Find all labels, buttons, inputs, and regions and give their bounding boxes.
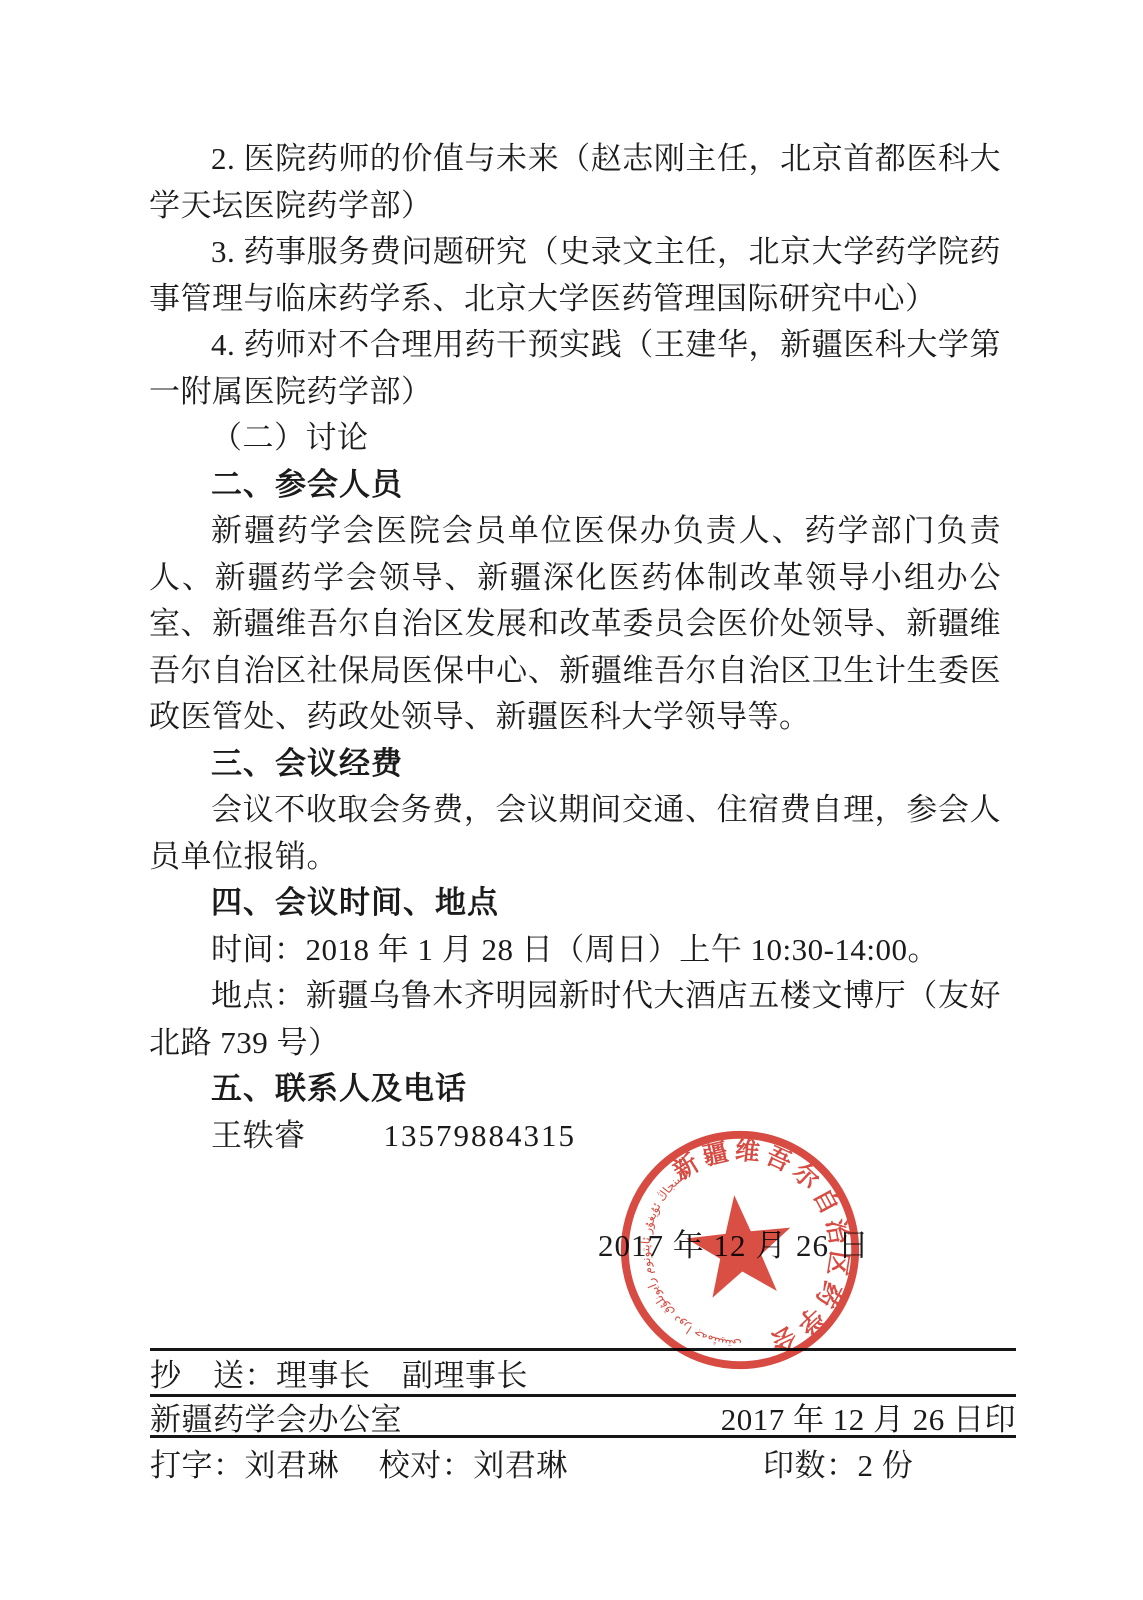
scanned-notice-page: 2. 医院药师的价值与未来（赵志刚主任，北京首都医科大学天坛医院药学部） 3. …	[0, 0, 1143, 1600]
cc-line: 抄 送：理事长 副理事长	[150, 1350, 528, 1395]
fees-paragraph: 会议不收取会务费，会议期间交通、住宿费自理，参会人员单位报销。	[149, 787, 1001, 880]
meeting-time-line: 时间：2018 年 1 月 28 日（周日）上午 10:30-14:00。	[149, 927, 1001, 974]
contact-line: 王轶睿13579884315	[149, 1113, 1001, 1160]
meeting-place-line: 地点：新疆乌鲁木齐明园新时代大酒店五楼文博厅（友好北路 739 号）	[149, 973, 1001, 1066]
list-item-4: 4. 药师对不合理用药干预实践（王建华，新疆医科大学第一附属医院药学部）	[149, 322, 1001, 415]
contact-phone: 13579884315	[384, 1118, 577, 1153]
section-heading-fees: 三、会议经费	[149, 741, 1001, 788]
footer-block: 抄 送：理事长 副理事长 新疆药学会办公室 2017 年 12 月 26 日印 …	[150, 1348, 1016, 1487]
participants-paragraph: 新疆药学会医院会员单位医保办负责人、药学部门负责人、新疆药学会领导、新疆深化医药…	[149, 508, 1001, 741]
official-seal: 新疆维吾尔自治区药学会 شىنجاڭ ئۇيغۇر ئاپتونوم رايون…	[602, 1112, 879, 1389]
list-item-2: 2. 医院药师的价值与未来（赵志刚主任，北京首都医科大学天坛医院药学部）	[149, 136, 1001, 229]
document-body: 2. 医院药师的价值与未来（赵志刚主任，北京首都医科大学天坛医院药学部） 3. …	[149, 136, 1001, 1159]
star-icon	[682, 1190, 797, 1300]
footer-print-row: 打字：刘君琳 校对：刘君琳 印数：2 份	[150, 1435, 1016, 1487]
copies-count: 印数：2 份	[763, 1440, 913, 1485]
section-heading-time-place: 四、会议时间、地点	[149, 880, 1001, 927]
list-item-3: 3. 药事服务费问题研究（史录文主任，北京大学药学院药事管理与临床药学系、北京大…	[149, 229, 1001, 322]
section-heading-contact: 五、联系人及电话	[149, 1066, 1001, 1113]
print-date: 2017 年 12 月 26 日印	[721, 1394, 1016, 1439]
section-heading-participants: 二、参会人员	[149, 462, 1001, 509]
footer-cc-row: 抄 送：理事长 副理事长	[150, 1348, 1016, 1394]
typist-proofreader-line: 打字：刘君琳 校对：刘君琳	[150, 1440, 568, 1485]
footer-office-row: 新疆药学会办公室 2017 年 12 月 26 日印	[150, 1394, 1016, 1435]
sub-item-discussion: （二）讨论	[149, 415, 1001, 462]
contact-name: 王轶睿	[211, 1118, 306, 1153]
issuing-office: 新疆药学会办公室	[150, 1394, 402, 1439]
